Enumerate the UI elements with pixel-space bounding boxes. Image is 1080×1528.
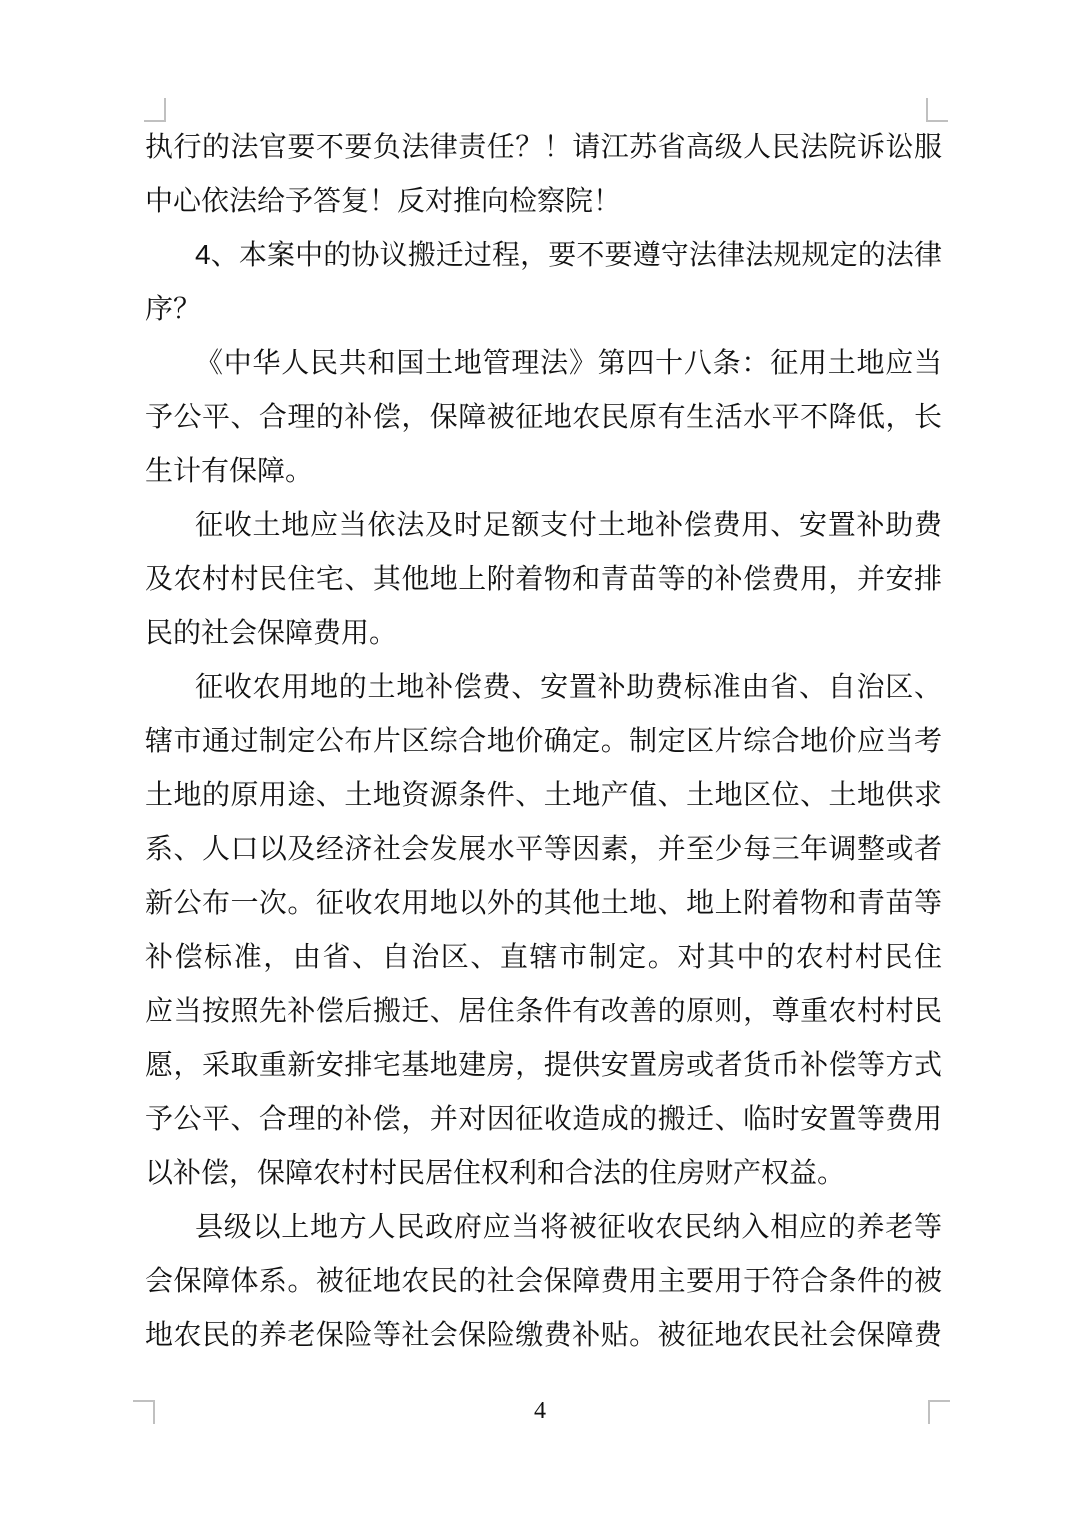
text-line: 补偿标准，由省、自治区、直辖市制定。对其中的农村村民住宅，	[145, 930, 942, 984]
text-line: 辖市通过制定公布片区综合地价确定。制定区片综合地价应当考虑	[145, 714, 942, 768]
text-line: 执行的法官要不要负法律责任？！请江苏省高级人民法院诉讼服务	[145, 120, 942, 174]
page-number: 4	[534, 1398, 546, 1424]
text-line: 应当按照先补偿后搬迁、居住条件有改善的原则，尊重农村村民意	[145, 984, 942, 1038]
text-line: 征收农用地的土地补偿费、安置补助费标准由省、自治区、直	[145, 660, 942, 714]
text-line: 土地的原用途、土地资源条件、土地产值、土地区位、土地供求关	[145, 768, 942, 822]
text-line: 生计有保障。	[145, 444, 942, 498]
text-line: 征收土地应当依法及时足额支付土地补偿费用、安置补助费以	[145, 498, 942, 552]
text-line: 会保障体系。被征地农民的社会保障费用主要用于符合条件的被征	[145, 1254, 942, 1308]
text-line: 4、本案中的协议搬迁过程，要不要遵守法律法规规定的法律程	[145, 228, 942, 282]
text-line: 愿，采取重新安排宅基地建房，提供安置房或者货币补偿等方式给	[145, 1038, 942, 1092]
page-number-footer: 4	[0, 1396, 1080, 1426]
text-line: 序？	[145, 282, 942, 336]
text-line: 地农民的养老保险等社会保险缴费补贴。被征地农民社会保障费用	[145, 1308, 942, 1362]
margin-crop-mark-top-left	[144, 98, 166, 122]
text-line: 中心依法给予答复！反对推向检察院！	[145, 174, 942, 228]
text-line: 新公布一次。征收农用地以外的其他土地、地上附着物和青苗等的	[145, 876, 942, 930]
text-line: 及农村村民住宅、其他地上附着物和青苗等的补偿费用，并安排农	[145, 552, 942, 606]
document-page: 执行的法官要不要负法律责任？！请江苏省高级人民法院诉讼服务中心依法给予答复！反对…	[0, 0, 1080, 1528]
text-line: 予公平、合理的补偿，保障被征地农民原有生活水平不降低，长远	[145, 390, 942, 444]
text-line: 民的社会保障费用。	[145, 606, 942, 660]
text-line: 予公平、合理的补偿，并对因征收造成的搬迁、临时安置等费用予	[145, 1092, 942, 1146]
text-line: 系、人口以及经济社会发展水平等因素，并至少每三年调整或者重	[145, 822, 942, 876]
text-line: 县级以上地方人民政府应当将被征收农民纳入相应的养老等社	[145, 1200, 942, 1254]
document-body: 执行的法官要不要负法律责任？！请江苏省高级人民法院诉讼服务中心依法给予答复！反对…	[145, 120, 942, 1362]
margin-crop-mark-top-right	[926, 98, 948, 122]
text-line: 以补偿，保障农村村民居住权利和合法的住房财产权益。	[145, 1146, 942, 1200]
text-line: 《中华人民共和国土地管理法》第四十八条：征用土地应当给	[145, 336, 942, 390]
